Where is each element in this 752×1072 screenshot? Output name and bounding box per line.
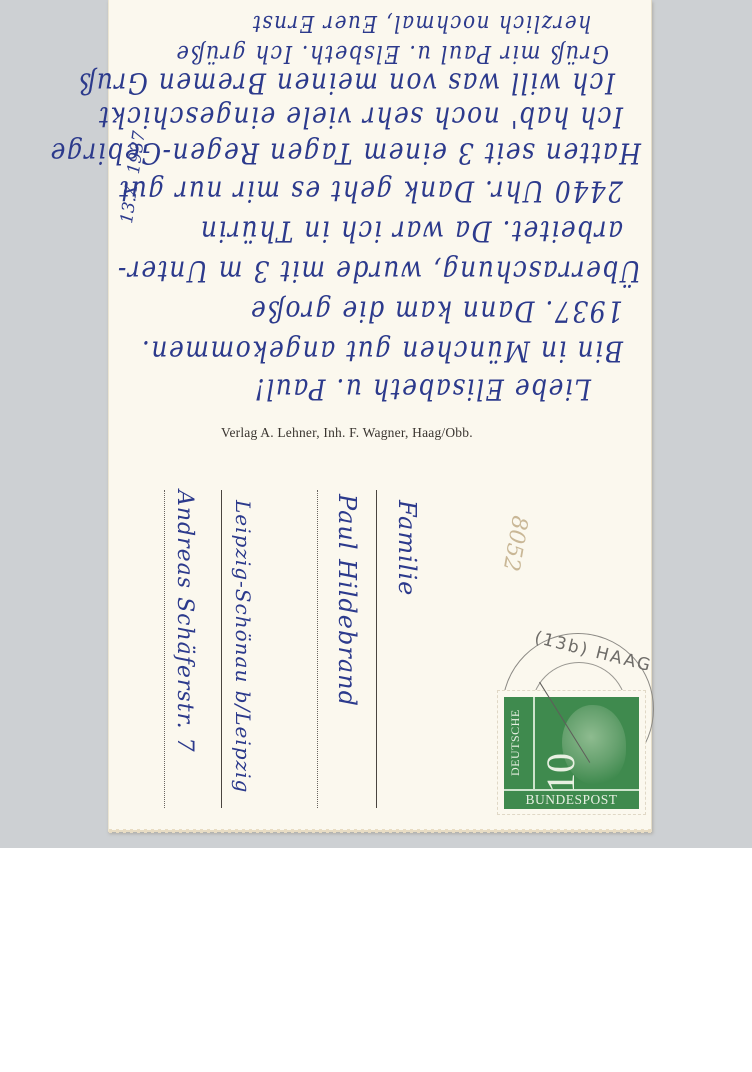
address-rule bbox=[164, 490, 165, 808]
message-line: herzlich nochmal, Euer Ernst bbox=[251, 10, 591, 38]
message-line: Ich hab' noch sehr viele eingeschickt bbox=[97, 101, 623, 134]
publisher-imprint: Verlag A. Lehner, Inh. F. Wagner, Haag/O… bbox=[221, 425, 473, 441]
message-line: Überraschung, wurde mit 3 m Unter- bbox=[116, 255, 641, 288]
address-line-name: Paul Hildebrand bbox=[333, 494, 361, 707]
message-line: Liebe Elisabeth u. Paul! bbox=[253, 373, 591, 406]
address-line-salutation: Familie bbox=[393, 500, 421, 596]
message-line: Grüß mir Paul u. Elsbeth. Ich grüße bbox=[175, 40, 609, 68]
postage-stamp: DEUTSCHE 10 BUNDESPOST bbox=[497, 690, 646, 815]
postcard: Liebe Elisabeth u. Paul! Bin in München … bbox=[108, 0, 652, 832]
message-line: 1937. Dann kam die große bbox=[249, 295, 623, 328]
address-rule bbox=[221, 490, 222, 808]
message-line: 2440 Uhr. Dank geht es mir nur gut bbox=[118, 175, 623, 208]
handwritten-message: Liebe Elisabeth u. Paul! Bin in München … bbox=[109, 0, 651, 418]
address-rule bbox=[376, 490, 377, 808]
stamp-issuer: BUNDESPOST bbox=[508, 792, 635, 808]
pencil-note: 8052 bbox=[498, 514, 532, 573]
message-line: Bin in München gut angekommen. bbox=[140, 335, 623, 368]
address-line-street: Andreas Schäferstr. 7 bbox=[172, 490, 197, 753]
address-line-city: Leipzig-Schönau b/Leipzig bbox=[231, 500, 255, 793]
message-line: arbeitet. Da war ich in Thürin bbox=[199, 215, 623, 248]
address-rule bbox=[317, 490, 318, 808]
stamp-country: DEUTSCHE bbox=[508, 699, 532, 787]
stamp-value: 10 bbox=[537, 753, 584, 793]
stamp-face: DEUTSCHE 10 BUNDESPOST bbox=[504, 697, 639, 809]
message-line: Ich will was von meinen Bremen Gruß bbox=[77, 67, 615, 100]
